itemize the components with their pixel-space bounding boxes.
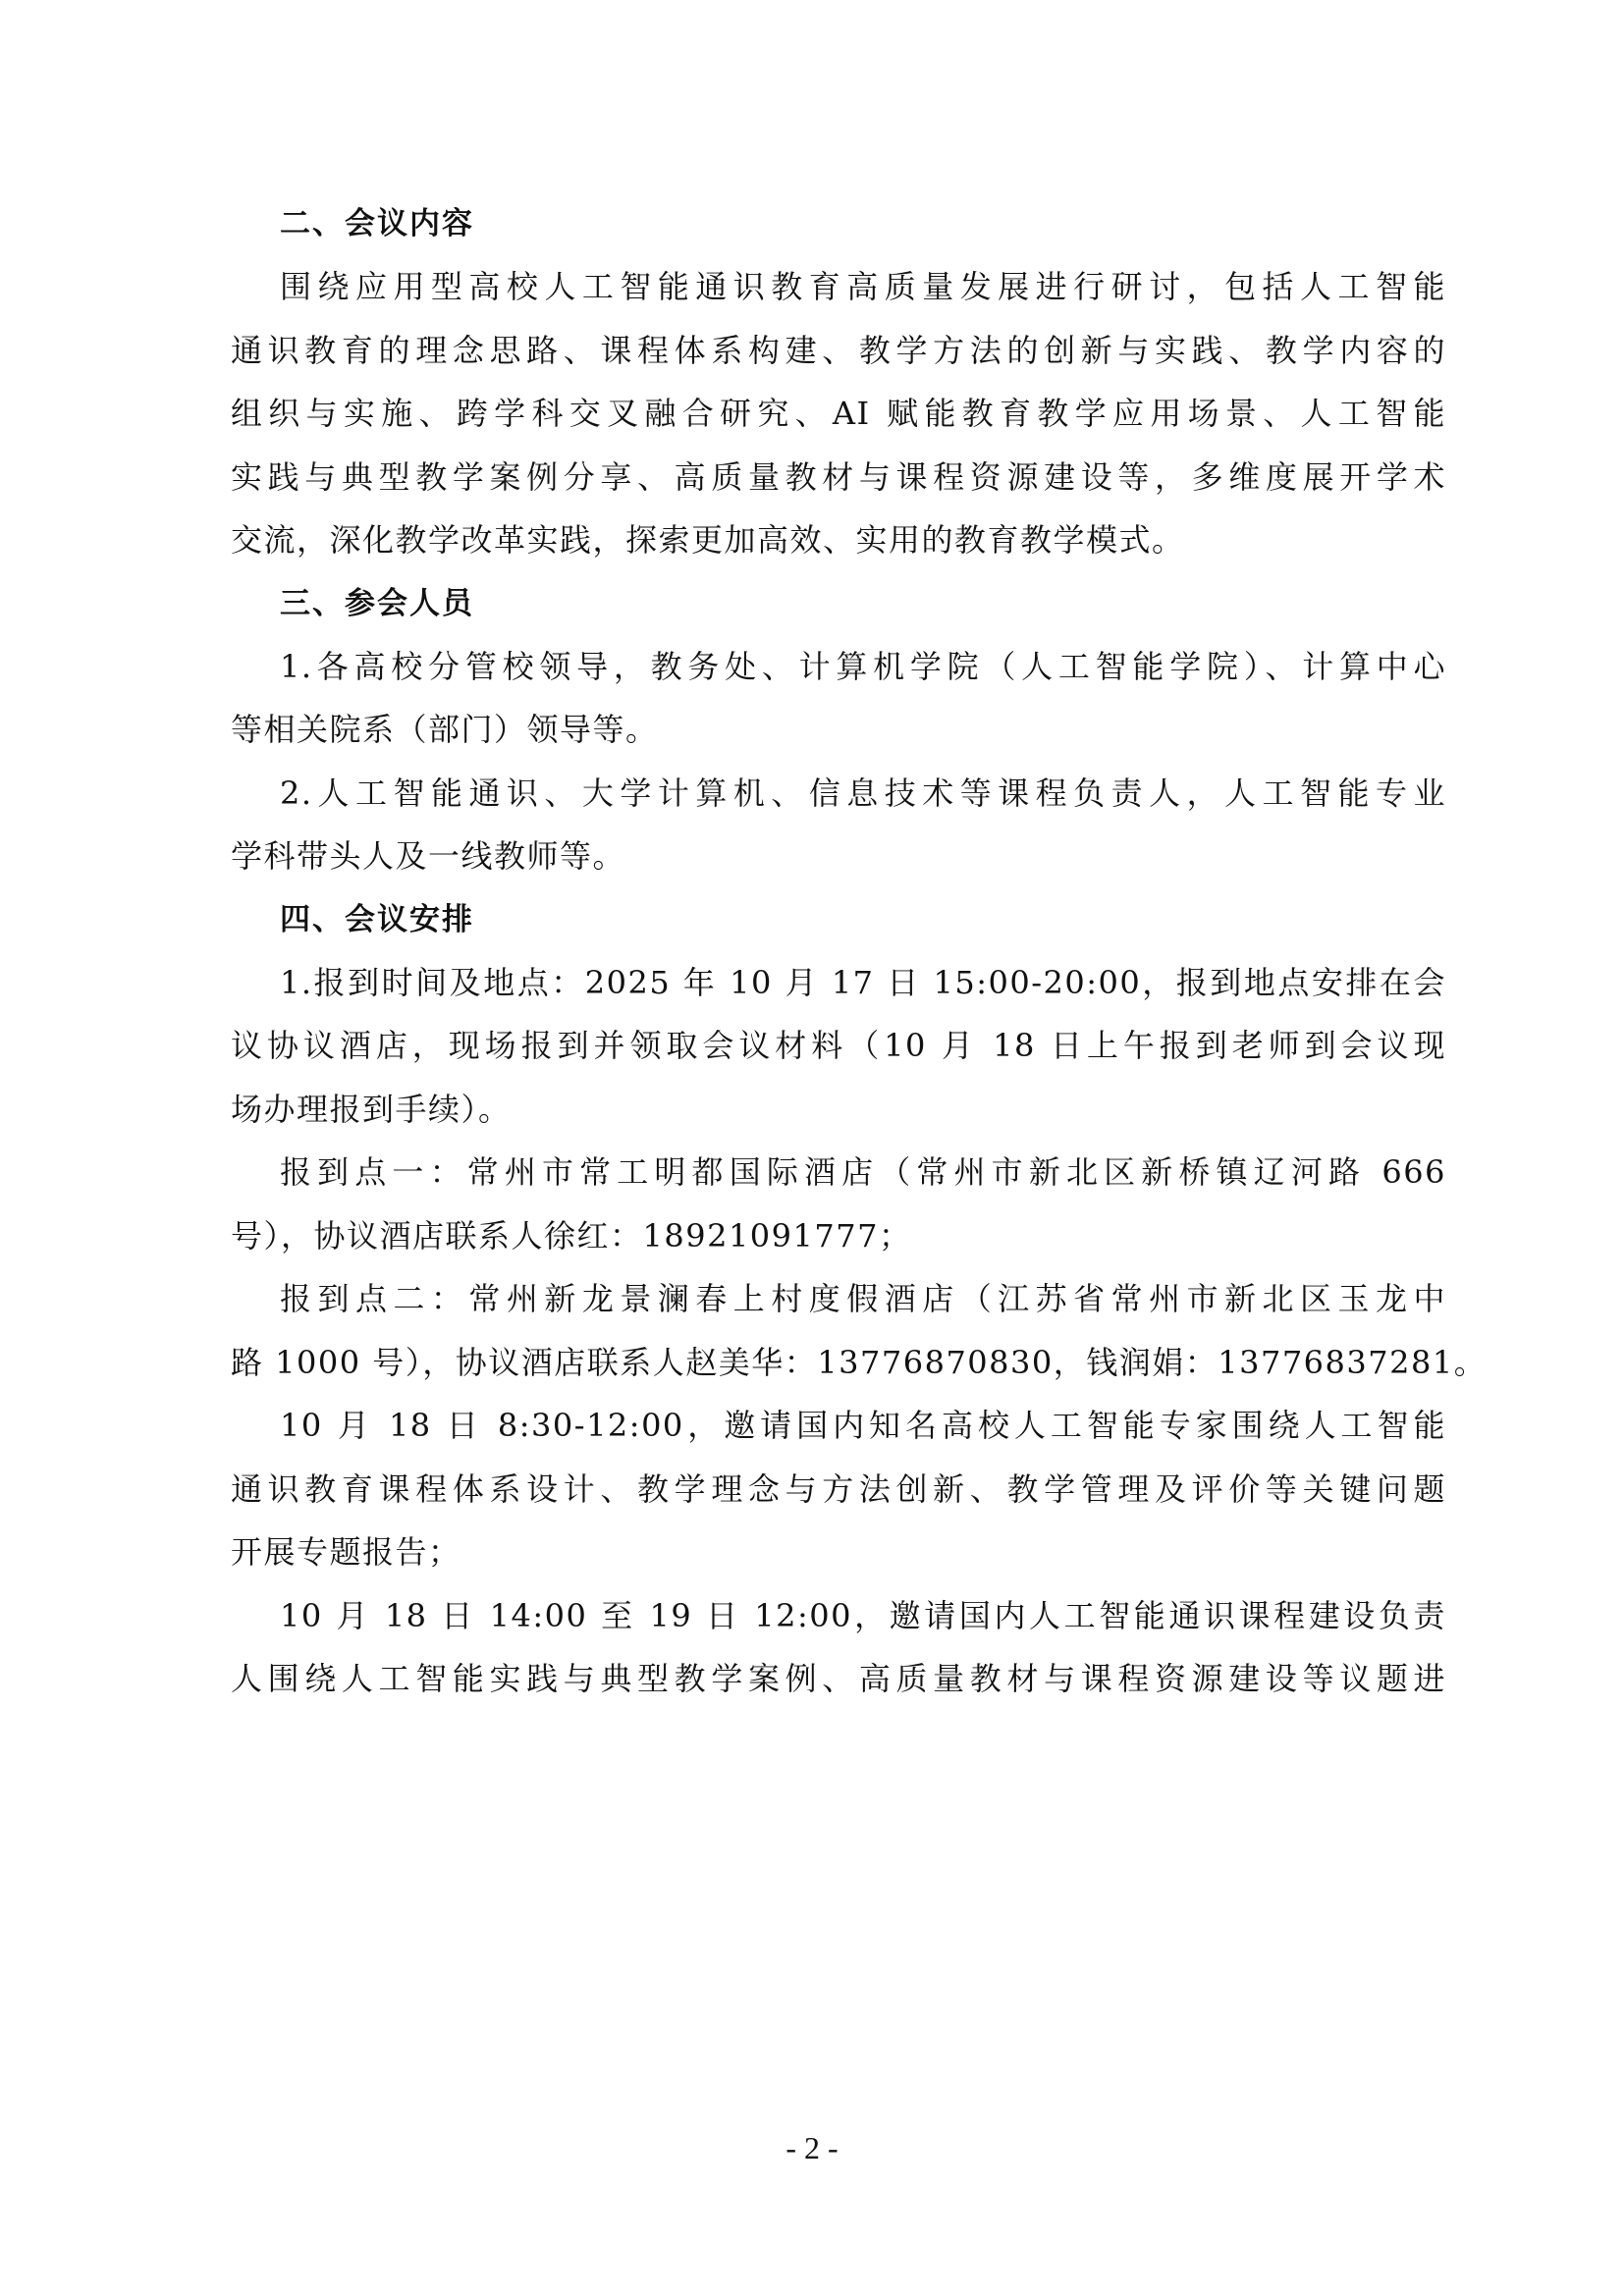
text-line: 交流，深化教学改革实践，探索更加高效、实用的教育教学模式。 (231, 508, 1446, 572)
text-line: 通识教育课程体系设计、教学理念与方法创新、教学管理及评价等关键问题 (231, 1458, 1446, 1522)
section-heading-arrangements: 四、会议安排 (231, 888, 1446, 951)
paragraph-registration-point-1: 报到点一：常州市常工明都国际酒店（常州市新北区新桥镇辽河路 666 号），协议酒… (231, 1141, 1446, 1267)
text-line: 通识教育的理念思路、课程体系构建、教学方法的创新与实践、教学内容的 (231, 319, 1446, 383)
text-line: 10 月 18 日 14:00 至 19 日 12:00，邀请国内人工智能通识课… (231, 1584, 1446, 1648)
paragraph-registration-point-2: 报到点二：常州新龙景澜春上村度假酒店（江苏省常州市新北区玉龙中 路 1000 号… (231, 1267, 1446, 1394)
text-line: 场办理报到手续）。 (231, 1078, 1446, 1142)
text-line: 实践与典型教学案例分享、高质量教材与课程资源建设等，多维度展开学术 (231, 446, 1446, 509)
text-line: 10 月 18 日 8:30-12:00，邀请国内知名高校人工智能专家围绕人工智… (231, 1394, 1446, 1458)
paragraph-meeting-content: 围绕应用型高校人工智能通识教育高质量发展进行研讨，包括人工智能 通识教育的理念思… (231, 255, 1446, 572)
text-line: 等相关院系（部门）领导等。 (231, 698, 1446, 762)
document-page: 二、会议内容 围绕应用型高校人工智能通识教育高质量发展进行研讨，包括人工智能 通… (231, 192, 1446, 1711)
paragraph-participants-1: 1.各高校分管校领导，教务处、计算机学院（人工智能学院）、计算中心 等相关院系（… (231, 635, 1446, 762)
section-heading-meeting-content: 二、会议内容 (231, 192, 1446, 255)
section-heading-participants: 三、参会人员 (231, 572, 1446, 635)
paragraph-participants-2: 2.人工智能通识、大学计算机、信息技术等课程负责人，人工智能专业 学科带头人及一… (231, 762, 1446, 888)
paragraph-morning-session: 10 月 18 日 8:30-12:00，邀请国内知名高校人工智能专家围绕人工智… (231, 1394, 1446, 1584)
text-line: 学科带头人及一线教师等。 (231, 825, 1446, 888)
text-line: 报到点二：常州新龙景澜春上村度假酒店（江苏省常州市新北区玉龙中 (231, 1267, 1446, 1331)
text-line: 1.报到时间及地点：2025 年 10 月 17 日 15:00-20:00，报… (231, 951, 1446, 1015)
page-number: - 2 - (0, 2130, 1624, 2166)
text-line: 开展专题报告； (231, 1521, 1446, 1584)
text-line: 报到点一：常州市常工明都国际酒店（常州市新北区新桥镇辽河路 666 (231, 1141, 1446, 1204)
paragraph-registration-time: 1.报到时间及地点：2025 年 10 月 17 日 15:00-20:00，报… (231, 951, 1446, 1142)
text-line: 议协议酒店，现场报到并领取会议材料（10 月 18 日上午报到老师到会议现 (231, 1014, 1446, 1078)
text-line: 围绕应用型高校人工智能通识教育高质量发展进行研讨，包括人工智能 (231, 255, 1446, 319)
text-line: 1.各高校分管校领导，教务处、计算机学院（人工智能学院）、计算中心 (231, 635, 1446, 699)
text-line: 人围绕人工智能实践与典型教学案例、高质量教材与课程资源建设等议题进 (231, 1647, 1446, 1711)
text-line: 2.人工智能通识、大学计算机、信息技术等课程负责人，人工智能专业 (231, 762, 1446, 826)
text-line: 号），协议酒店联系人徐红：18921091777； (231, 1204, 1446, 1268)
text-line: 路 1000 号），协议酒店联系人赵美华：13776870830，钱润娟：137… (231, 1331, 1446, 1395)
text-line: 组织与实施、跨学科交叉融合研究、AI 赋能教育教学应用场景、人工智能 (231, 382, 1446, 446)
paragraph-afternoon-session: 10 月 18 日 14:00 至 19 日 12:00，邀请国内人工智能通识课… (231, 1584, 1446, 1711)
